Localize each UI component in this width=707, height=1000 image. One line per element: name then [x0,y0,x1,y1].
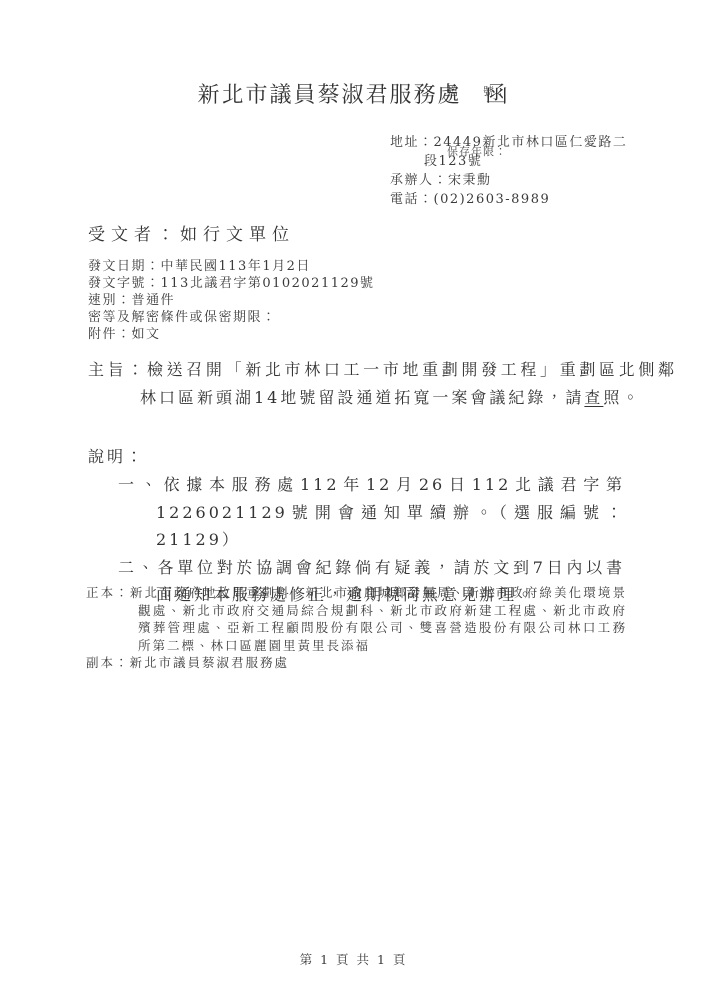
subject-underlined-text: 查 [584,388,603,407]
document-meta-block: 發文日期：中華民國113年1月2日 發文字號：113北議君字第010202112… [88,258,375,343]
meta-issue-date: 發文日期：中華民國113年1月2日 [88,258,375,275]
original-label: 正本： [86,585,130,600]
original-recipients: 新北市政府地政局重劃科、新北市政府城鄉發展局、新北市政府綠美化環境景觀處、新北市… [130,585,627,653]
meta-attachment: 附件：如文 [88,326,375,343]
description-item: 一、依據本服務處112年12月26日112北議君字第1226021129號開會通… [118,471,625,554]
meta-security-class: 密等及解密條件或保密期限： [88,309,375,326]
item-number: 二、 [118,558,158,577]
subject-text-tail: 照。 [603,388,641,407]
item-number: 一、 [118,475,164,494]
subject-label: 主旨： [88,360,147,379]
cc-recipients: 新北市議員蔡淑君服務處 [130,655,290,670]
recipient-line: 受文者：如行文單位 [88,222,295,248]
item-text: 依據本服務處112年12月26日112北議君字第1226021129號開會通知單… [156,475,625,549]
sender-phone: 電話：(02)2603-8989 [390,190,627,209]
sender-info-block: 地址：24449新北市林口區仁愛路二 段123號 承辦人：宋秉勳 電話：(02)… [390,133,627,209]
cc-label: 副本： [86,655,130,670]
cc-recipients-line: 副本：新北市議員蔡淑君服務處 [86,654,627,672]
distribution-block: 正本：新北市政府地政局重劃科、新北市政府城鄉發展局、新北市政府綠美化環境景觀處、… [86,584,627,672]
document-title: 新北市議員蔡淑君服務處 函 [0,80,707,112]
original-recipients-line: 正本：新北市政府地政局重劃科、新北市政府城鄉發展局、新北市政府綠美化環境景觀處、… [86,584,627,654]
page-number-footer: 第 1 頁 共 1 頁 [0,950,707,968]
description-label: 說明： [88,444,145,467]
sender-address-line2: 段123號 [390,152,627,171]
meta-doc-number: 發文字號：113北議君字第0102021129號 [88,275,375,292]
document-page: 檔 號： 保存年限： 新北市議員蔡淑君服務處 函 地址：24449新北市林口區仁… [0,0,707,1000]
sender-contact-person: 承辦人：宋秉勳 [390,171,627,190]
sender-address-line1: 地址：24449新北市林口區仁愛路二 [390,133,627,152]
subject-section: 主旨：檢送召開「新北市林口工一市地重劃開發工程」重劃區北側鄰林口區新頭湖14地號… [88,356,677,412]
meta-speed-class: 速別：普通件 [88,292,375,309]
